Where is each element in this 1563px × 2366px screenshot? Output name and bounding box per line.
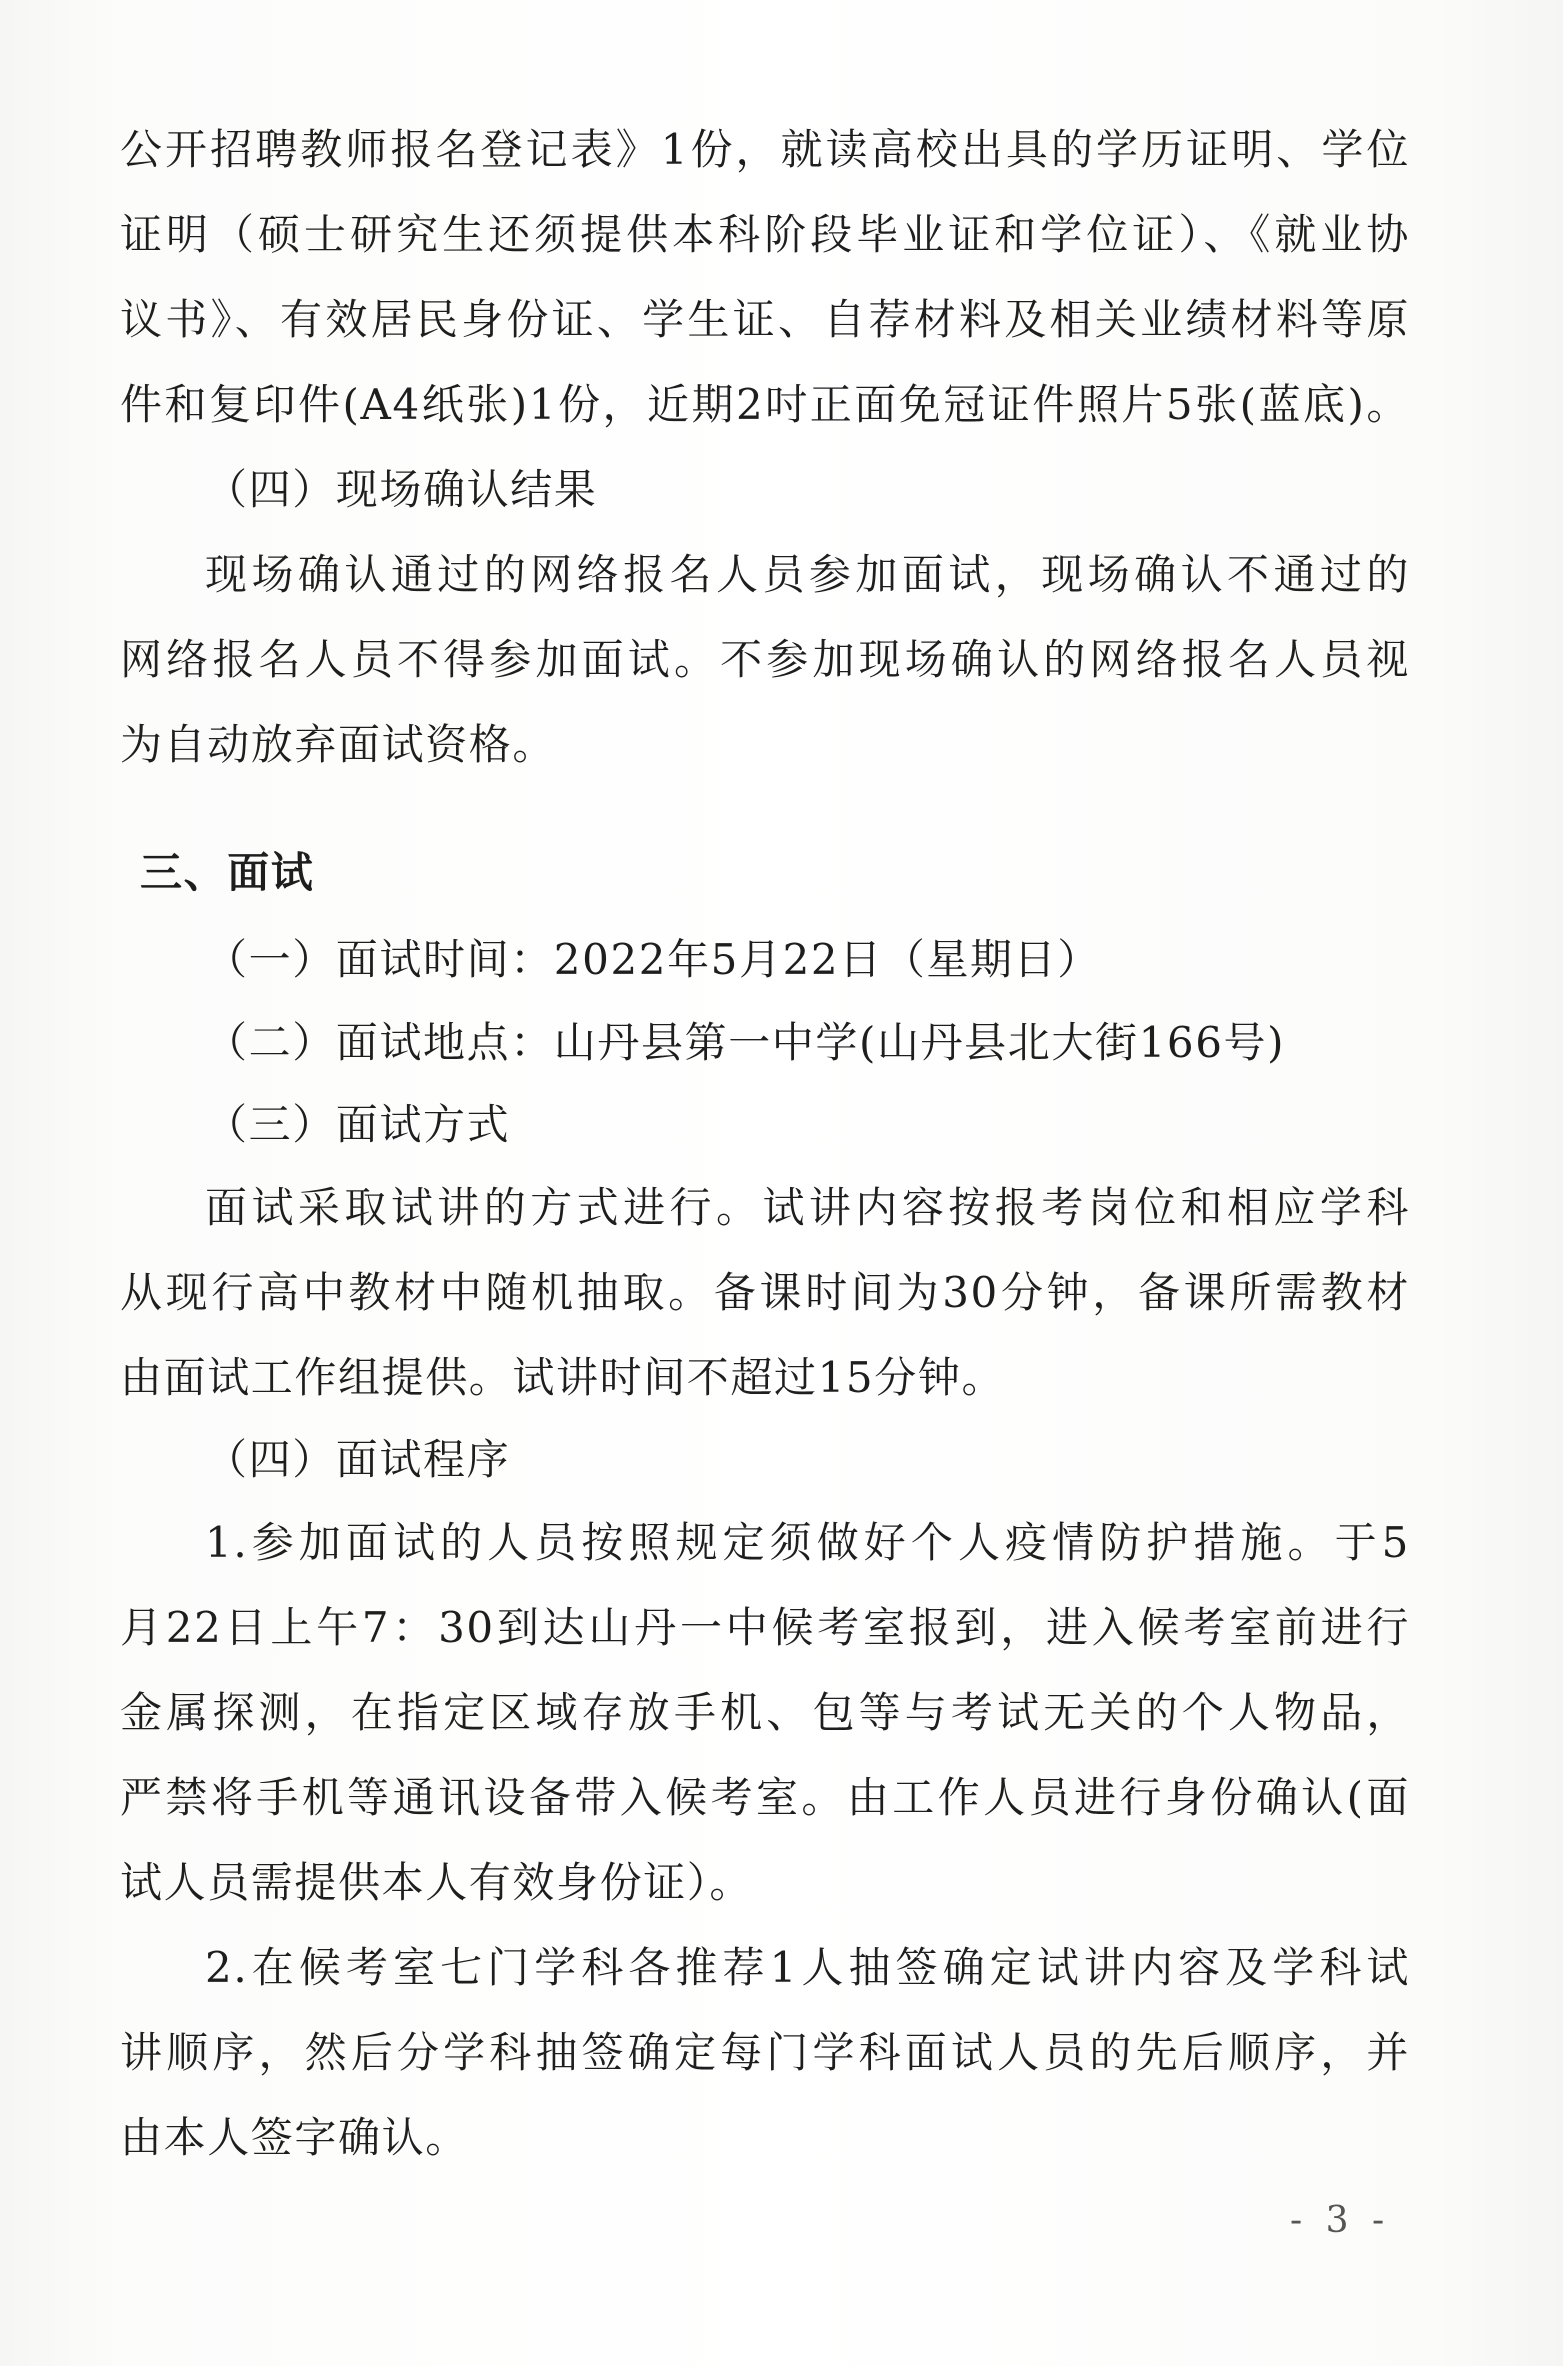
text-line: 1.参加面试的人员按照规定须做好个人疫情防护措施。于5 bbox=[205, 1515, 1410, 1571]
text-line: 件和复印件(A4纸张)1份，近期2吋正面免冠证件照片5张(蓝底)。 bbox=[120, 377, 1410, 433]
page-number: - 3 - bbox=[1290, 2200, 1390, 2241]
text-line: 为自动放弃面试资格。 bbox=[120, 717, 1410, 773]
text-line: 证明（硕士研究生还须提供本科阶段毕业证和学位证）、《就业协 bbox=[120, 207, 1410, 263]
text-line: 网络报名人员不得参加面试。不参加现场确认的网络报名人员视 bbox=[120, 632, 1410, 688]
section-heading: （四）面试程序 bbox=[205, 1432, 1410, 1488]
text-line: 面试采取试讲的方式进行。试讲内容按报考岗位和相应学科 bbox=[205, 1180, 1410, 1236]
text-line: 现场确认通过的网络报名人员参加面试，现场确认不通过的 bbox=[205, 547, 1410, 603]
text-line: 从现行高中教材中随机抽取。备课时间为30分钟，备课所需教材 bbox=[120, 1265, 1410, 1321]
text-line: 2.在候考室七门学科各推荐1人抽签确定试讲内容及学科试 bbox=[205, 1940, 1410, 1996]
text-line: 由本人签字确认。 bbox=[120, 2110, 1410, 2166]
interview-location: （二）面试地点：山丹县第一中学(山丹县北大街166号) bbox=[205, 1015, 1410, 1071]
interview-time: （一）面试时间：2022年5月22日（星期日） bbox=[205, 932, 1410, 988]
text-line: 讲顺序，然后分学科抽签确定每门学科面试人员的先后顺序，并 bbox=[120, 2025, 1410, 2081]
document-page: 公开招聘教师报名登记表》1份，就读高校出具的学历证明、学位 证明（硕士研究生还须… bbox=[0, 0, 1563, 2366]
text-line: 严禁将手机等通讯设备带入候考室。由工作人员进行身份确认(面 bbox=[120, 1770, 1410, 1826]
text-line: 金属探测，在指定区域存放手机、包等与考试无关的个人物品， bbox=[120, 1685, 1410, 1741]
text-line: 试人员需提供本人有效身份证）。 bbox=[120, 1855, 1410, 1911]
section-heading: （四）现场确认结果 bbox=[205, 462, 1410, 518]
text-line: 由面试工作组提供。试讲时间不超过15分钟。 bbox=[120, 1350, 1410, 1406]
text-line: 月22日上午7：30到达山丹一中候考室报到，进入候考室前进行 bbox=[120, 1600, 1410, 1656]
text-line: 议书》、有效居民身份证、学生证、自荐材料及相关业绩材料等原 bbox=[120, 292, 1410, 348]
text-line: 公开招聘教师报名登记表》1份，就读高校出具的学历证明、学位 bbox=[120, 122, 1410, 178]
chapter-heading: 三、面试 bbox=[140, 845, 1430, 901]
section-heading: （三）面试方式 bbox=[205, 1097, 1410, 1153]
